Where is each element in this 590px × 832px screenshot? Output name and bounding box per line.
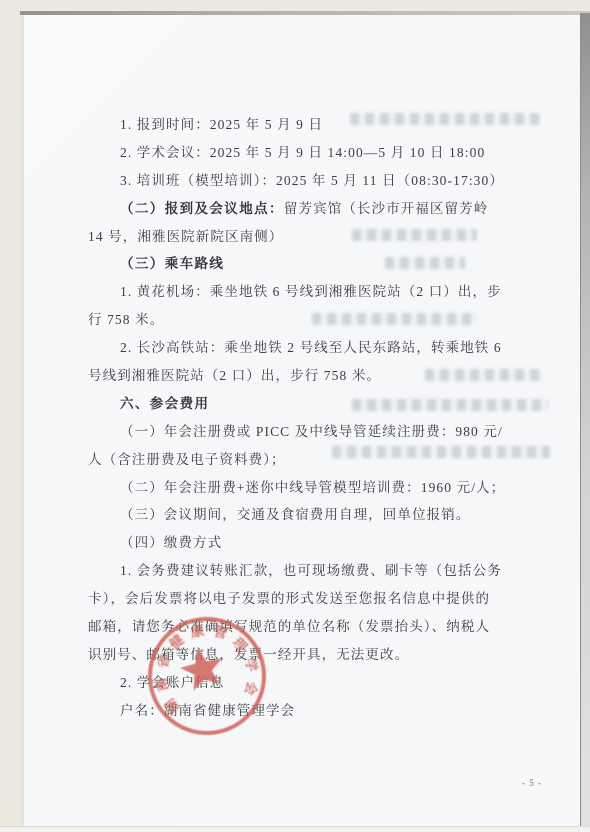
text-line: （三）会议期间，交通及食宿费用自理，回单位报销。 bbox=[88, 501, 534, 529]
text-line: 行 758 米。 bbox=[88, 306, 534, 334]
scan-edge-top bbox=[20, 11, 590, 15]
seal-star-icon bbox=[177, 643, 228, 692]
text-line: 14 号，湘雅医院新院区南侧） bbox=[88, 223, 534, 251]
text-line: 卡），会后发票将以电子发票的形式发送至您报名信息中提供的 bbox=[88, 585, 534, 613]
text-line: 2. 学术会议：2025 年 5 月 9 日 14:00—5 月 10 日 18… bbox=[88, 139, 534, 167]
section-heading: 六、参会费用 bbox=[88, 390, 534, 418]
section-heading: （三）乘车路线 bbox=[88, 250, 534, 278]
text-line: （二）报到及会议地点：留芳宾馆（长沙市开福区留芳岭 bbox=[88, 195, 534, 223]
text-line: （四）缴费方式 bbox=[88, 529, 534, 557]
scanned-document-page: 1. 报到时间：2025 年 5 月 9 日 2. 学术会议：2025 年 5 … bbox=[0, 0, 590, 832]
text-line: 3. 培训班（模型培训）：2025 年 5 月 11 日（08:30-17:30… bbox=[88, 167, 534, 195]
text-line: 2. 长沙高铁站：乘坐地铁 2 号线至人民东路站，转乘地铁 6 bbox=[88, 334, 534, 362]
page-number: - 5 - bbox=[512, 778, 552, 788]
text-line: （二）年会注册费+迷你中线导管模型培训费：1960 元/人； bbox=[88, 474, 534, 502]
text-line: 人（含注册费及电子资料费）； bbox=[88, 446, 534, 474]
text-line: （一）年会注册费或 PICC 及中线导管延续注册费：980 元/ bbox=[88, 418, 534, 446]
text-line: 1. 报到时间：2025 年 5 月 9 日 bbox=[88, 111, 534, 139]
scan-edge-right bbox=[580, 13, 590, 828]
text-line: 号线到湘雅医院站（2 口）出，步行 758 米。 bbox=[88, 362, 534, 390]
text-line: 1. 黄花机场：乘坐地铁 6 号线到湘雅医院站（2 口）出，步 bbox=[88, 278, 534, 306]
scan-edge-bottom bbox=[0, 826, 590, 832]
text-line: 1. 会务费建议转账汇款，也可现场缴费、刷卡等（包括公务 bbox=[88, 557, 534, 585]
